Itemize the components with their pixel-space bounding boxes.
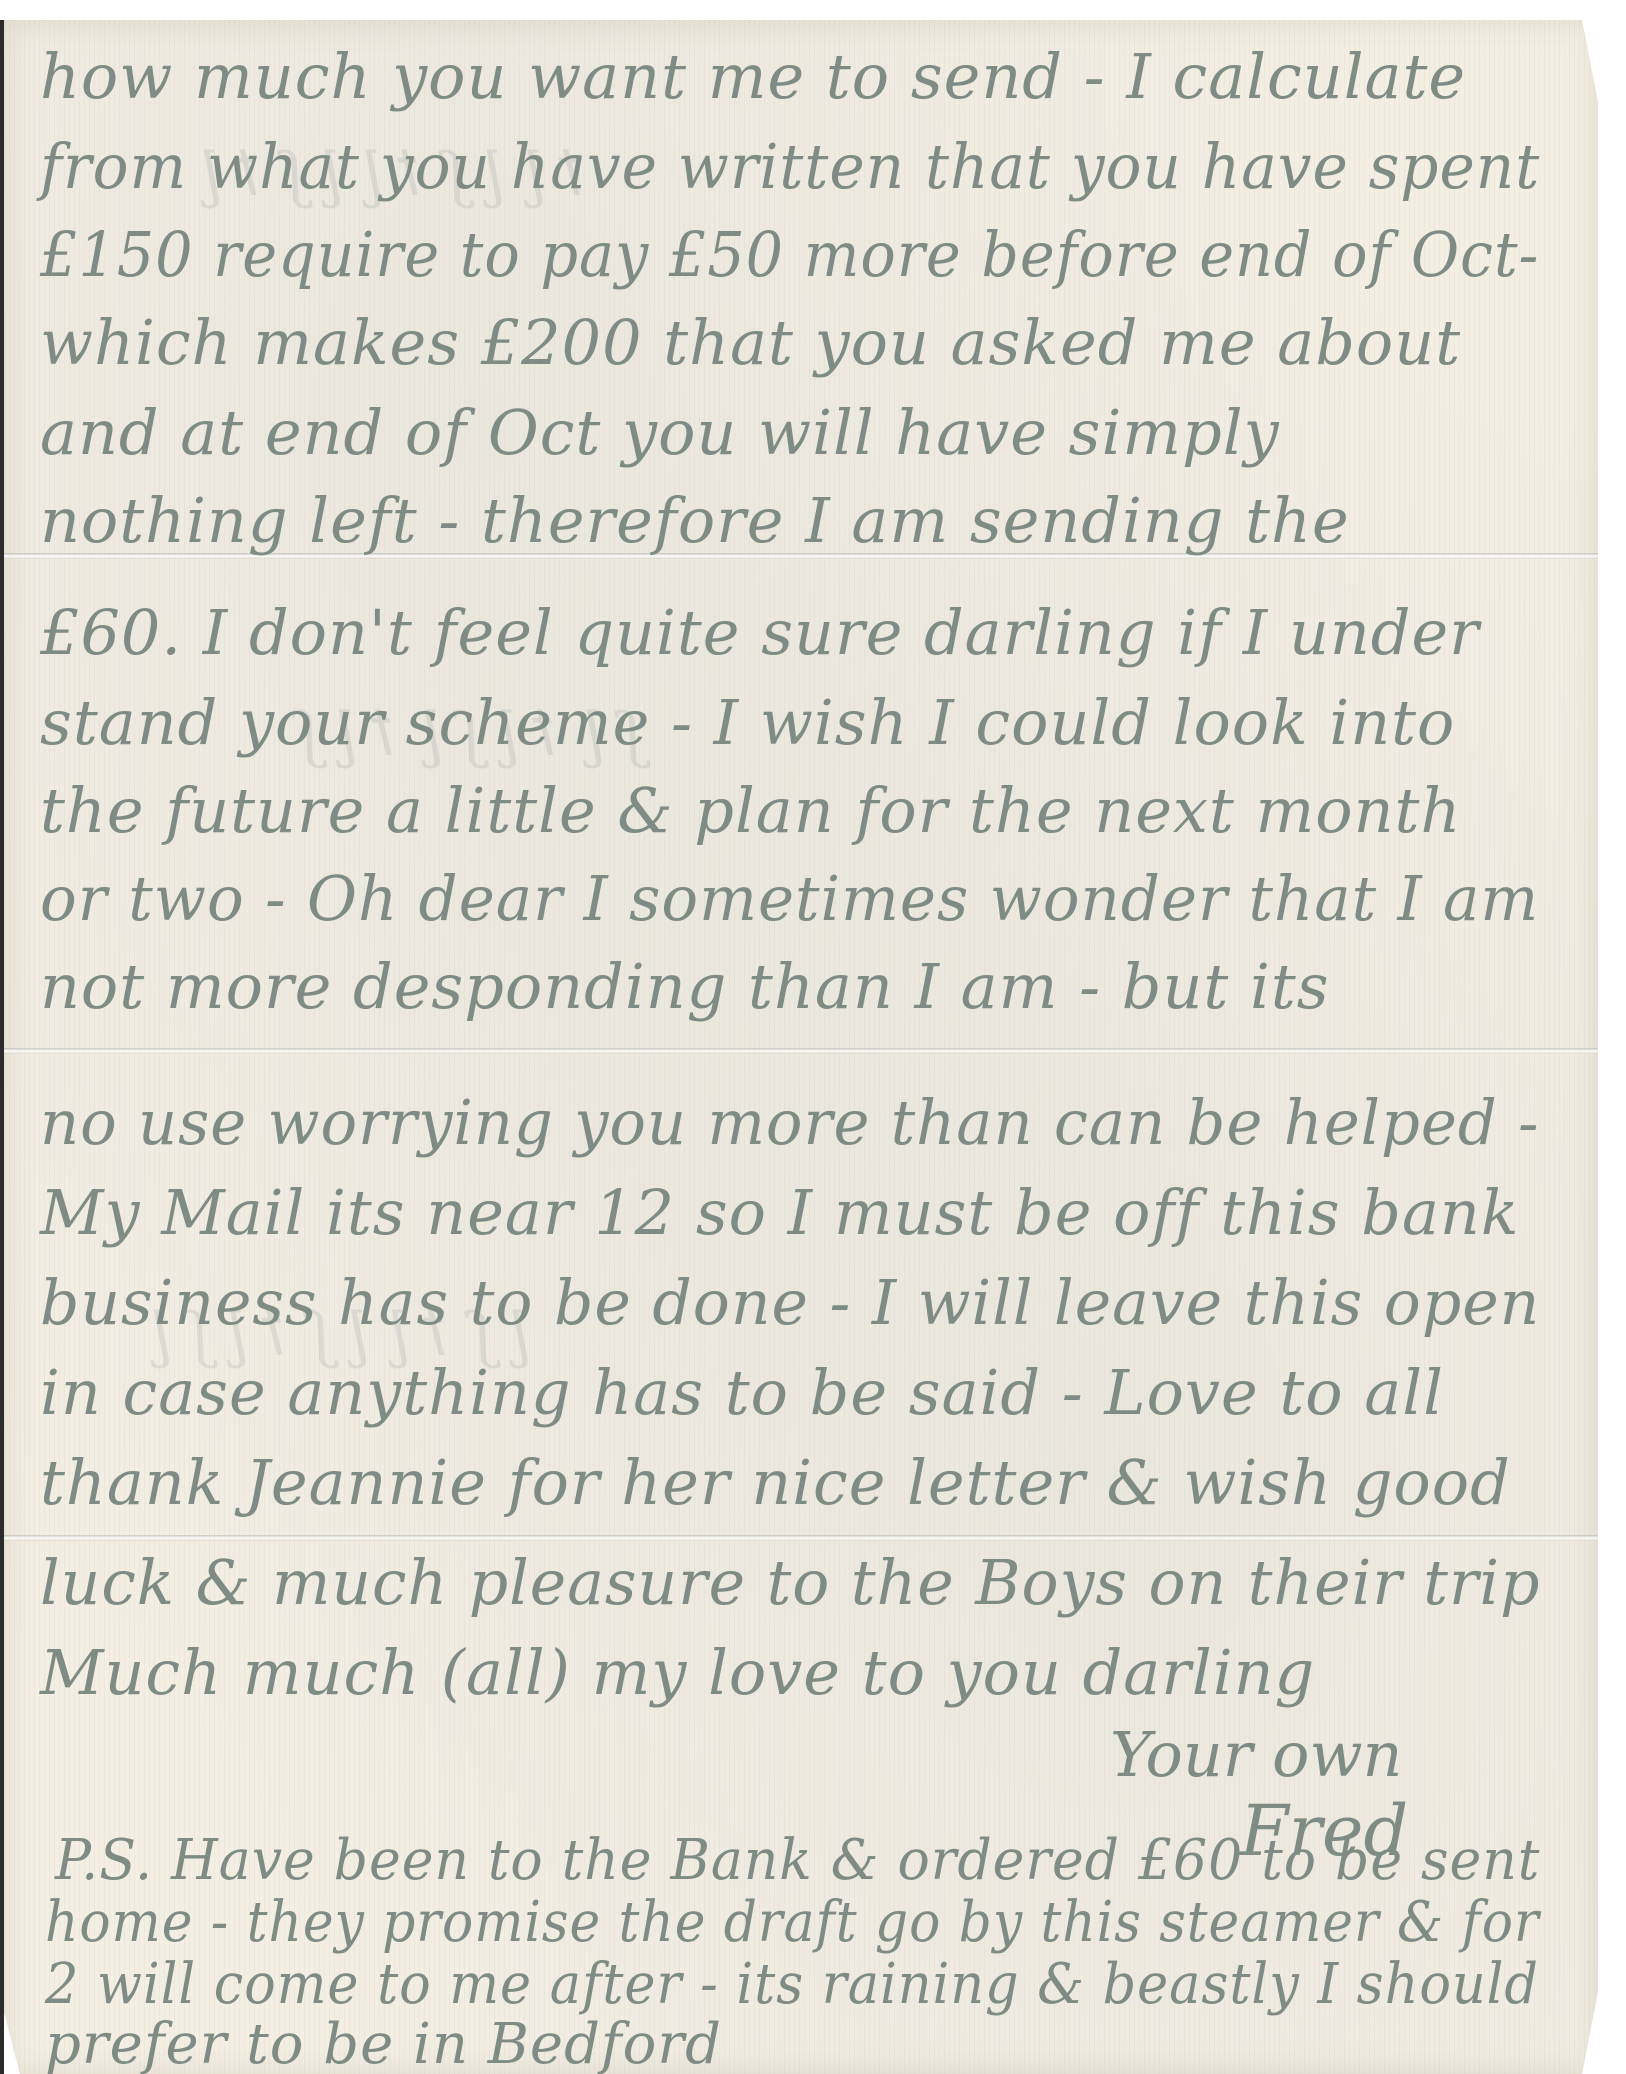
letter-line: business has to be done - I will leave t…: [40, 1266, 1540, 1339]
letter-line: from what you have written that you have…: [40, 130, 1540, 203]
postscript-line: home - they promise the draft go by this…: [45, 1890, 1540, 1955]
letter-line: and at end of Oct you will have simply: [40, 396, 1280, 469]
postscript-line: 2 will come to me after - its raining & …: [45, 1952, 1539, 2017]
scan-edge: [0, 20, 4, 2074]
letter-line: in case anything has to be said - Love t…: [40, 1356, 1444, 1429]
postscript-line: prefer to be in Bedford: [45, 2012, 722, 2074]
letter-line: £60. I don't feel quite sure darling if …: [40, 596, 1480, 669]
letter-line: the future a little & plan for the next …: [40, 774, 1461, 847]
fold-line: [4, 1535, 1598, 1541]
letter-line: no use worrying you more than can be hel…: [40, 1086, 1540, 1159]
letter-line: My Mail its near 12 so I must be off thi…: [40, 1176, 1519, 1249]
letter-line: luck & much pleasure to the Boys on thei…: [40, 1546, 1541, 1619]
letter-line: which makes £200 that you asked me about: [40, 306, 1461, 379]
closing: Your own: [1110, 1718, 1402, 1791]
letter-line: how much you want me to send - I calcula…: [40, 40, 1466, 113]
fold-line: [4, 1048, 1598, 1054]
letter-line: Much much (all) my love to you darling: [40, 1636, 1315, 1709]
letter-line: or two - Oh dear I sometimes wonder that…: [40, 862, 1539, 935]
postscript-line: P.S. Have been to the Bank & ordered £60…: [55, 1828, 1540, 1893]
letter-line: nothing left - therefore I am sending th…: [40, 484, 1350, 557]
letter-line: not more desponding than I am - but its: [40, 950, 1330, 1023]
letter-line: stand your scheme - I wish I could look …: [40, 686, 1455, 759]
letter-line: £150 require to pay £50 more before end …: [40, 218, 1539, 291]
letter-line: thank Jeannie for her nice letter & wish…: [40, 1446, 1511, 1519]
